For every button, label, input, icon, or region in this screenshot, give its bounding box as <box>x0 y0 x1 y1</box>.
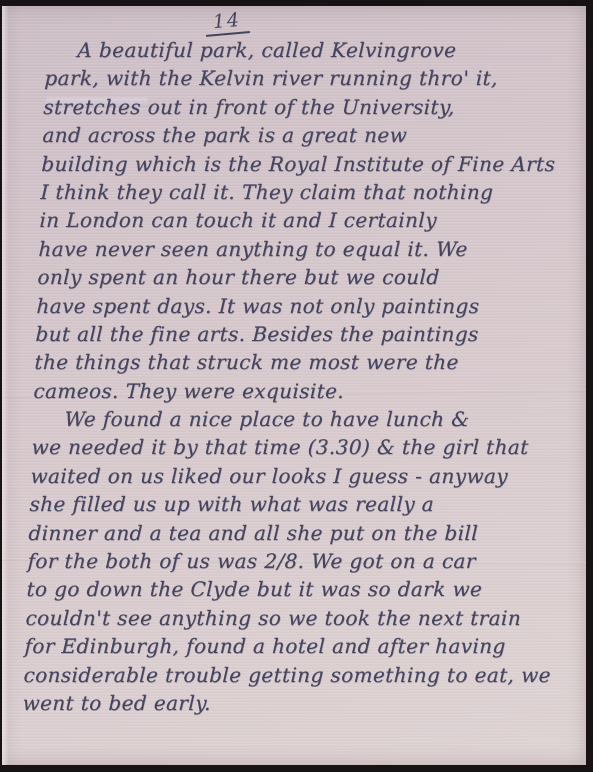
handwriting-line: A beautiful park, called Kelvingrove <box>45 36 593 64</box>
handwriting-line: building which is the Royal Institute of… <box>41 150 589 178</box>
handwriting-line: in London can touch it and I certainly <box>39 206 587 234</box>
handwriting-line: we needed it by that time (3.30) & the g… <box>31 433 579 461</box>
handwriting-line: she filled us up with what was really a <box>29 490 577 518</box>
handwriting-line: for the both of us was 2/8. We got on a … <box>27 547 575 575</box>
scanned-letter-page: 14 A beautiful park, called Kelvingrovep… <box>0 0 593 772</box>
handwriting-line: only spent an hour there but we could <box>37 263 585 291</box>
page-number: 14 <box>204 8 250 37</box>
paper-edge-highlight <box>2 6 9 765</box>
handwriting-line: for Edinburgh, found a hotel and after h… <box>24 632 572 660</box>
handwriting-line: the things that struck me most were the <box>34 348 582 376</box>
handwriting-line: to go down the Clyde but it was so dark … <box>26 575 574 603</box>
handwriting-line: went to bed early. <box>22 689 570 717</box>
handwriting-line: couldn't see anything so we took the nex… <box>25 604 573 632</box>
handwriting-line: waited on us liked our looks I guess - a… <box>30 462 578 490</box>
handwriting-line: We found a nice place to have lunch & <box>32 405 580 433</box>
handwriting-line: and across the park is a great new <box>42 121 590 149</box>
handwriting-line: cameos. They were exquisite. <box>33 377 581 405</box>
handwriting-line: but all the fine arts. Besides the paint… <box>35 320 583 348</box>
handwriting-line: considerable trouble getting something t… <box>23 661 571 689</box>
handwriting-line: have spent days. It was not only paintin… <box>36 292 584 320</box>
handwriting-line: dinner and a tea and all she put on the … <box>28 519 576 547</box>
handwriting-line: have never seen anything to equal it. We <box>38 235 586 263</box>
handwriting-lines: A beautiful park, called Kelvingrovepark… <box>22 36 593 717</box>
handwriting-line: stretches out in front of the University… <box>43 93 591 121</box>
handwriting-line: park, with the Kelvin river running thro… <box>44 64 592 92</box>
handwriting-line: I think they call it. They claim that no… <box>40 178 588 206</box>
